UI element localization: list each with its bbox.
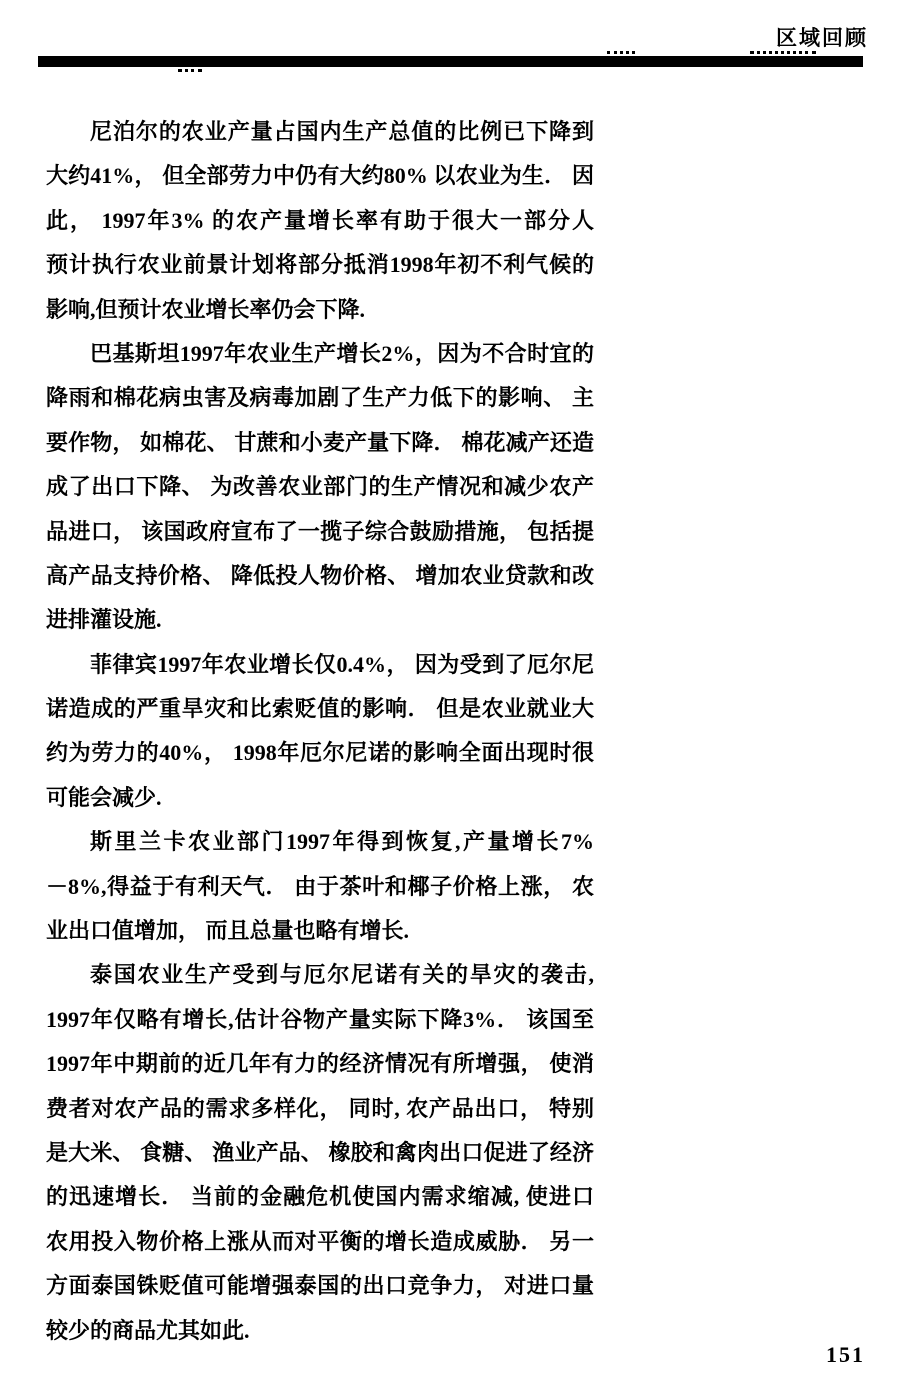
text-line: 业出口值增加， 而且总量也略有增长. bbox=[46, 909, 594, 953]
body-text: 尼泊尔的农业产量占国内生产总值的比例已下降到大约41%， 但全部劳力中仍有大约8… bbox=[46, 110, 594, 1353]
scan-artifact bbox=[607, 51, 635, 54]
text-line: 泰国农业生产受到与厄尔尼诺有关的旱灾的袭击, bbox=[46, 953, 594, 997]
text-line: 尼泊尔的农业产量占国内生产总值的比例已下降到 bbox=[46, 110, 594, 154]
text-line: 农用投入物价格上涨从而对平衡的增长造成威胁． 另一 bbox=[46, 1220, 594, 1264]
running-header: 区域回顾 bbox=[776, 22, 868, 52]
text-line: 要作物， 如棉花、 甘蔗和小麦产量下降． 棉花减产还造 bbox=[46, 421, 594, 465]
text-line: 诺造成的严重旱灾和比索贬值的影响． 但是农业就业大 bbox=[46, 687, 594, 731]
text-line: 影响,但预计农业增长率仍会下降. bbox=[46, 288, 594, 332]
text-line: 是大米、 食糖、 渔业产品、 橡胶和禽肉出口促进了经济 bbox=[46, 1131, 594, 1175]
text-line: 菲律宾1997年农业增长仅0.4%， 因为受到了厄尔尼 bbox=[46, 643, 594, 687]
text-line: 费者对农产品的需求多样化， 同时, 农产品出口， 特别 bbox=[46, 1087, 594, 1131]
text-line: 成了出口下降、 为改善农业部门的生产情况和减少农产 bbox=[46, 465, 594, 509]
text-line: 1997年仅略有增长,估计谷物产量实际下降3%． 该国至 bbox=[46, 998, 594, 1042]
scan-artifact bbox=[178, 69, 202, 72]
text-line: 1997年中期前的近几年有力的经济情况有所增强， 使消 bbox=[46, 1042, 594, 1086]
document-page: 区域回顾 尼泊尔的农业产量占国内生产总值的比例已下降到大约41%， 但全部劳力中… bbox=[0, 0, 900, 1400]
text-line: 进排灌设施. bbox=[46, 598, 594, 642]
text-line: 降雨和棉花病虫害及病毒加剧了生产力低下的影响、 主 bbox=[46, 376, 594, 420]
header-rule bbox=[38, 56, 863, 67]
text-line: 较少的商品尤其如此. bbox=[46, 1309, 594, 1353]
text-line: 的迅速增长． 当前的金融危机使国内需求缩减, 使进口 bbox=[46, 1175, 594, 1219]
text-line: 预计执行农业前景计划将部分抵消1998年初不利气候的 bbox=[46, 243, 594, 287]
text-line: 大约41%， 但全部劳力中仍有大约80% 以农业为生． 因 bbox=[46, 154, 594, 198]
text-line: －8%,得益于有利天气． 由于茶叶和椰子价格上涨， 农 bbox=[46, 865, 594, 909]
text-line: 可能会减少. bbox=[46, 776, 594, 820]
scan-artifact bbox=[750, 51, 816, 54]
page-number: 151 bbox=[826, 1342, 865, 1368]
section-title: 区域回顾 bbox=[776, 26, 868, 50]
text-line: 斯里兰卡农业部门1997年得到恢复,产量增长7% bbox=[46, 820, 594, 864]
text-line: 品进口， 该国政府宣布了一揽子综合鼓励措施， 包括提 bbox=[46, 510, 594, 554]
text-line: 高产品支持价格、 降低投人物价格、 增加农业贷款和改 bbox=[46, 554, 594, 598]
text-line: 巴基斯坦1997年农业生产增长2%，因为不合时宜的 bbox=[46, 332, 594, 376]
text-line: 方面泰国铢贬值可能增强泰国的出口竞争力， 对进口量 bbox=[46, 1264, 594, 1308]
text-line: 约为劳力的40%， 1998年厄尔尼诺的影响全面出现时很 bbox=[46, 731, 594, 775]
text-line: 此， 1997年3% 的农产量增长率有助于很大一部分人口． bbox=[46, 199, 594, 243]
